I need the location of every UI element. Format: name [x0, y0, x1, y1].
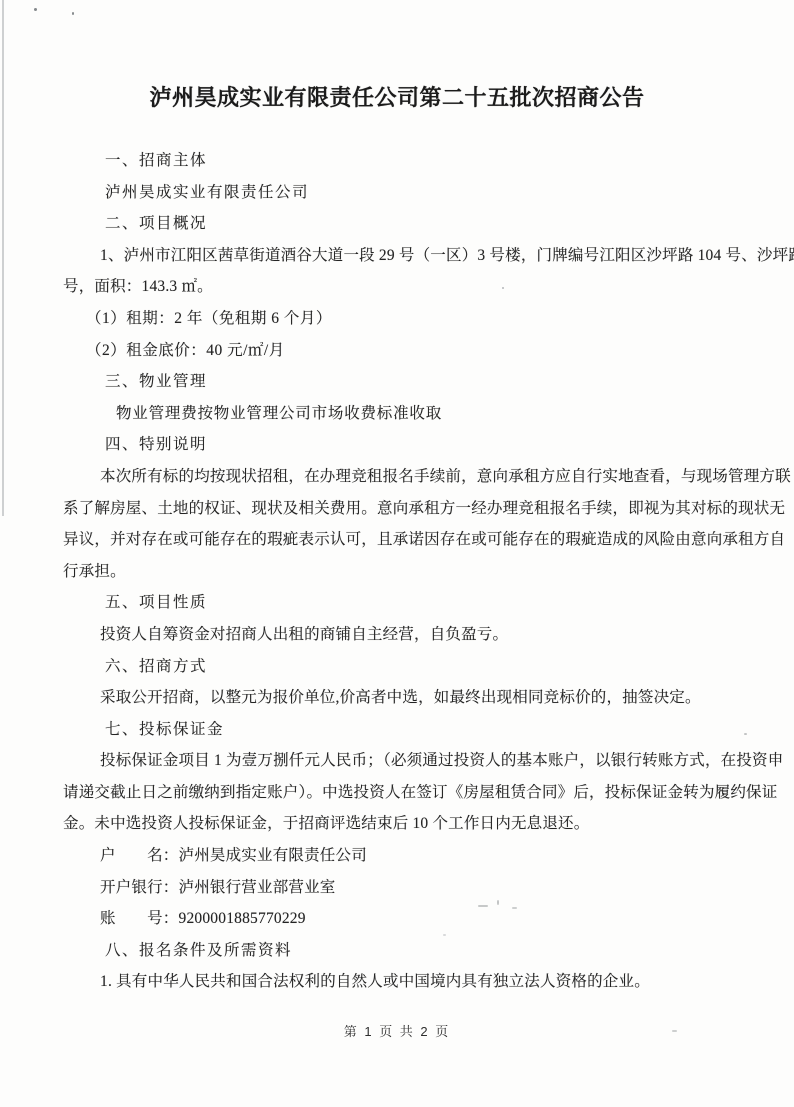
document-line: 物业管理费按物业管理公司市场收费标准收取 [116, 398, 794, 430]
document-line: 一、招商主体 [105, 145, 794, 177]
document-line: 泸州昊成实业有限责任公司 [105, 177, 794, 209]
document-line: 户 名：泸州昊成实业有限责任公司 [100, 840, 794, 872]
document-line: 投资人自筹资金对招商人出租的商铺自主经营，自负盈亏。 [100, 619, 794, 651]
page-number: 第 1 页 共 2 页 [0, 1024, 794, 1040]
document-line: 异议，并对存在或可能存在的瑕疵表示认可，且承诺因存在或可能存在的瑕疵造成的风险由… [63, 524, 794, 556]
document-line: 1、泸州市江阳区茜草街道酒谷大道一段 29 号（一区）3 号楼，门牌编号江阳区沙… [100, 240, 794, 272]
document-line: 账 号：9200001885770229 [100, 903, 794, 935]
document-body: 一、招商主体泸州昊成实业有限责任公司二、项目概况1、泸州市江阳区茜草街道酒谷大道… [0, 145, 794, 998]
document-line: 四、特别说明 [105, 429, 794, 461]
document-line: 请递交截止日之前缴纳到指定账户）。中选投资人在签订《房屋租赁合同》后，投标保证金… [63, 777, 794, 809]
document-line: 六、招商方式 [105, 651, 794, 683]
document-line: 八、报名条件及所需资料 [105, 935, 794, 967]
document-line: 金。未中选投资人投标保证金，于招商评选结束后 10 个工作日内无息退还。 [63, 808, 794, 840]
document-line: 投标保证金项目 1 为壹万捌仟元人民币；（必须通过投资人的基本账户，以银行转账方… [100, 745, 794, 777]
scan-speckle [34, 8, 37, 11]
document-line: 二、项目概况 [105, 208, 794, 240]
scan-speckle [72, 12, 74, 15]
document-line: 开户银行：泸州银行营业部营业室 [100, 872, 794, 904]
document-line: 系了解房屋、土地的权证、现状及相关费用。意向承租方一经办理竞租报名手续，即视为其… [63, 493, 794, 525]
document-line: 本次所有标的均按现状招租，在办理竞租报名手续前，意向承租方应自行实地查看，与现场… [100, 461, 794, 493]
document-line: 五、项目性质 [105, 587, 794, 619]
document-title: 泸州昊成实业有限责任公司第二十五批次招商公告 [0, 83, 794, 113]
document-line: （1）租期：2 年（免租期 6 个月） [86, 303, 794, 335]
document-line: 号，面积：143.3 ㎡。 [63, 271, 794, 303]
document-line: 1. 具有中华人民共和国合法权利的自然人或中国境内具有独立法人资格的企业。 [100, 966, 794, 998]
document-line: 七、投标保证金 [105, 714, 794, 746]
document-line: 三、物业管理 [105, 366, 794, 398]
document-line: 行承担。 [63, 556, 794, 588]
document-line: 采取公开招商，以整元为报价单位,价高者中选，如最终出现相同竞标价的，抽签决定。 [100, 682, 794, 714]
scanned-page: 泸州昊成实业有限责任公司第二十五批次招商公告 一、招商主体泸州昊成实业有限责任公… [0, 0, 794, 1107]
document-line: （2）租金底价：40 元/㎡/月 [86, 335, 794, 367]
